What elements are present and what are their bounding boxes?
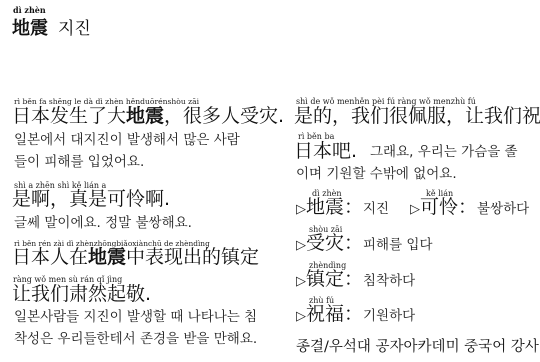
dialogue-chinese-2: 日本吧. [294, 140, 357, 162]
vocab-item-1: ▷地震：지진 [296, 196, 389, 218]
vocab-2-meaning: 불쌍하다 [477, 201, 529, 217]
sentence-3-chinese-post: 中表现出的镇定 [126, 246, 259, 268]
dialogue-korean: 이며 기원할 수밖에 없어요. [296, 166, 457, 183]
dialogue-chinese: 是的，我们很佩服，让我们祝福 [294, 105, 540, 127]
sentence-4-korean-line-1: 일본사람들 지진이 발생할 때 나타나는 침 [14, 309, 257, 326]
sentence-3-chinese: 日本人在地震中表现出的镇定 [12, 246, 259, 268]
vocab-item-4: ▷镇定：침착하다 [296, 268, 415, 290]
vocab-4-meaning: 침착하다 [363, 273, 415, 289]
author-credit: 종결/우석대 공자아카데미 중국어 강사 [296, 335, 539, 356]
sentence-1-chinese-bold: 地震 [126, 105, 164, 127]
title-chinese: 地震 [12, 14, 48, 40]
triangle-marker-icon: ▷ [410, 202, 420, 217]
vocab-3-meaning: 피해를 입다 [363, 237, 433, 253]
title-korean: 지진 [58, 14, 91, 39]
vocab-item-2: ▷可怜：불쌍하다 [410, 196, 529, 218]
sentence-2-korean: 글쎄 말이에요. 정말 불쌍해요. [14, 215, 192, 232]
sentence-3-chinese-bold: 地震 [88, 246, 126, 268]
sentence-2-chinese: 是啊，真是可怜啊. [12, 188, 170, 210]
sentence-4-korean-line-2: 착성은 우리들한테서 존경을 받을 만해요. [14, 331, 257, 348]
triangle-marker-icon: ▷ [296, 202, 306, 217]
vocab-1-meaning: 지진 [363, 201, 389, 217]
sentence-3-chinese-pre: 日本人在 [12, 246, 88, 268]
vocab-item-3: ▷受灾：피해를 입다 [296, 232, 433, 254]
sentence-1-chinese-pre: 日本发生了大 [12, 105, 126, 127]
triangle-marker-icon: ▷ [296, 309, 306, 324]
vocab-3-word: 受灾： [306, 232, 363, 254]
sentence-1-korean-line-2: 들이 피해를 입었어요. [14, 154, 144, 171]
vocab-1-word: 地震： [306, 196, 363, 218]
dialogue-korean-inline: 그래요, 우리는 가슴을 졸 [370, 144, 518, 161]
vocab-2-word: 可怜： [420, 196, 477, 218]
triangle-marker-icon: ▷ [296, 238, 306, 253]
sentence-1-chinese-post: ，很多人受灾. [164, 105, 284, 127]
sentence-4-chinese: 让我们肃然起敬. [12, 283, 151, 305]
triangle-marker-icon: ▷ [296, 274, 306, 289]
vocab-5-word: 祝福： [306, 303, 363, 325]
vocab-5-meaning: 기원하다 [363, 308, 415, 324]
vocab-4-word: 镇定： [306, 268, 363, 290]
sentence-1-chinese: 日本发生了大地震，很多人受灾. [12, 105, 284, 127]
sentence-1-korean-line-1: 일본에서 대지진이 발생해서 많은 사람 [14, 132, 240, 149]
vocab-item-5: ▷祝福：기원하다 [296, 303, 415, 325]
